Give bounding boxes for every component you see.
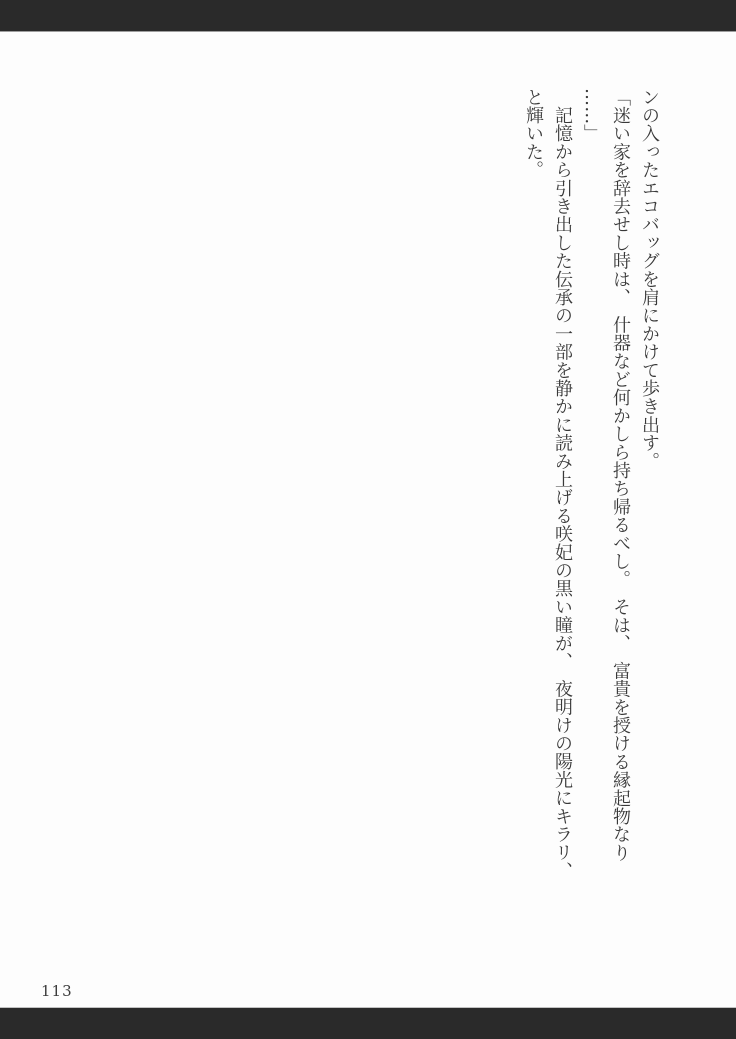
text-column-5: と輝いた。: [519, 88, 548, 902]
text-column-4: 記憶から引き出した伝承の一部を静かに読み上げる咲妃の黒い瞳が、 夜明けの陽光にキ…: [548, 88, 577, 902]
bottom-letterbox-bar: [0, 1007, 736, 1039]
page-number: 113: [41, 982, 73, 1000]
top-letterbox-bar: [0, 0, 736, 32]
text-column-1: ンの入ったエコバッグを肩にかけて歩き出す。: [635, 88, 664, 902]
text-column-2: 「迷い家を辞去せし時は、 什器など何かしら持ち帰るべし。 そは、 富貴を授ける縁…: [606, 88, 635, 902]
vertical-text-block: ンの入ったエコバッグを肩にかけて歩き出す。 「迷い家を辞去せし時は、 什器など何…: [519, 88, 664, 902]
book-page: { "page": { "number": "113" }, "content"…: [0, 0, 736, 1039]
text-column-3: ……」: [577, 88, 606, 902]
